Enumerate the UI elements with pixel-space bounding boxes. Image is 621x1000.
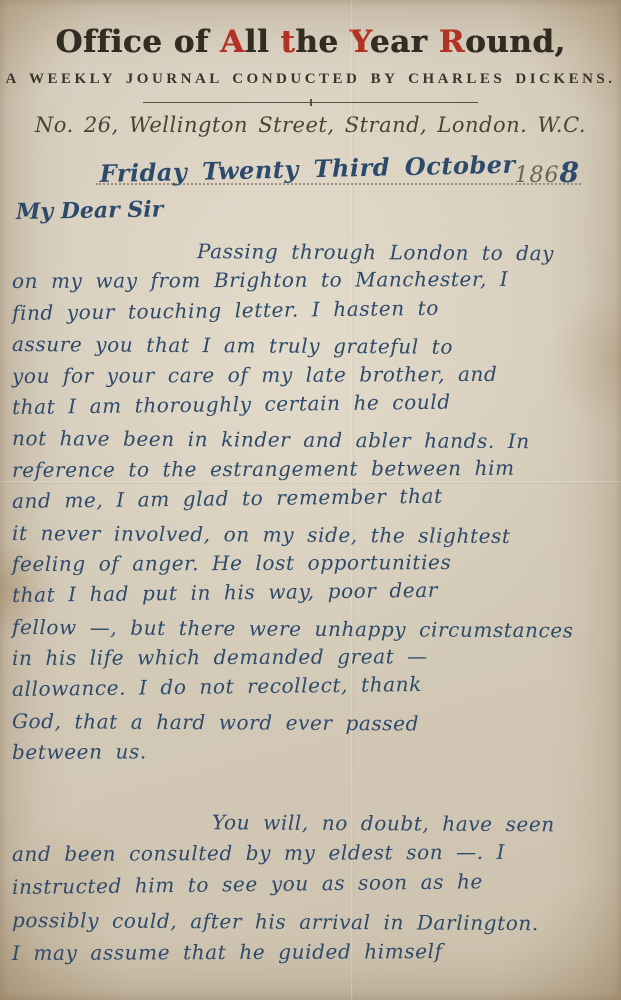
handwritten-line: between us. <box>12 735 611 769</box>
masthead-red-initial: t <box>280 24 295 60</box>
year-group: 1868 <box>515 156 579 189</box>
letterhead: Office of All the Year Round, A WEEKLY J… <box>0 0 621 137</box>
masthead-red-initial: Y <box>350 24 370 60</box>
handwritten-line: that I am thoroughly certain he could <box>12 385 611 424</box>
masthead-text: Office of <box>55 24 220 60</box>
handwritten-line: instructed him to see you as soon as he <box>12 863 611 903</box>
handwritten-line: allowance. I do not recollect, thank <box>12 667 611 706</box>
masthead-red-initial: A <box>220 24 245 60</box>
masthead-text: he <box>295 24 350 60</box>
divider-rule <box>143 99 478 106</box>
subtitle-line: A WEEKLY JOURNAL CONDUCTED BY CHARLES DI… <box>0 71 621 88</box>
letter-paragraph: You will, no doubt, have seenand been co… <box>12 805 611 970</box>
salutation: My Dear Sir <box>16 188 621 225</box>
printed-year-prefix: 186 <box>515 163 560 188</box>
address-line: No. 26, Wellington Street, Strand, Londo… <box>0 113 621 137</box>
letter-body: Passing through London to dayon my way f… <box>12 235 611 970</box>
handwritten-line: and me, I am glad to remember that <box>12 479 611 518</box>
masthead-red-initial: R <box>439 24 465 60</box>
masthead-text: ll <box>245 24 281 60</box>
handwritten-line: I may assume that he guided himself <box>12 934 611 970</box>
handwritten-year-digit: 8 <box>560 156 579 189</box>
handwritten-line: that I had put in his way, poor dear <box>12 573 611 612</box>
letter-paragraph: Passing through London to dayon my way f… <box>12 235 611 769</box>
masthead-text: ound, <box>465 24 566 60</box>
handwritten-line: find your touching letter. I hasten to <box>12 290 611 329</box>
dateline: Friday Twenty Third October 1868 <box>96 149 581 193</box>
masthead-text: ear <box>370 24 439 60</box>
letter-scan: Office of All the Year Round, A WEEKLY J… <box>0 0 621 1000</box>
masthead-title: Office of All the Year Round, <box>0 24 621 60</box>
